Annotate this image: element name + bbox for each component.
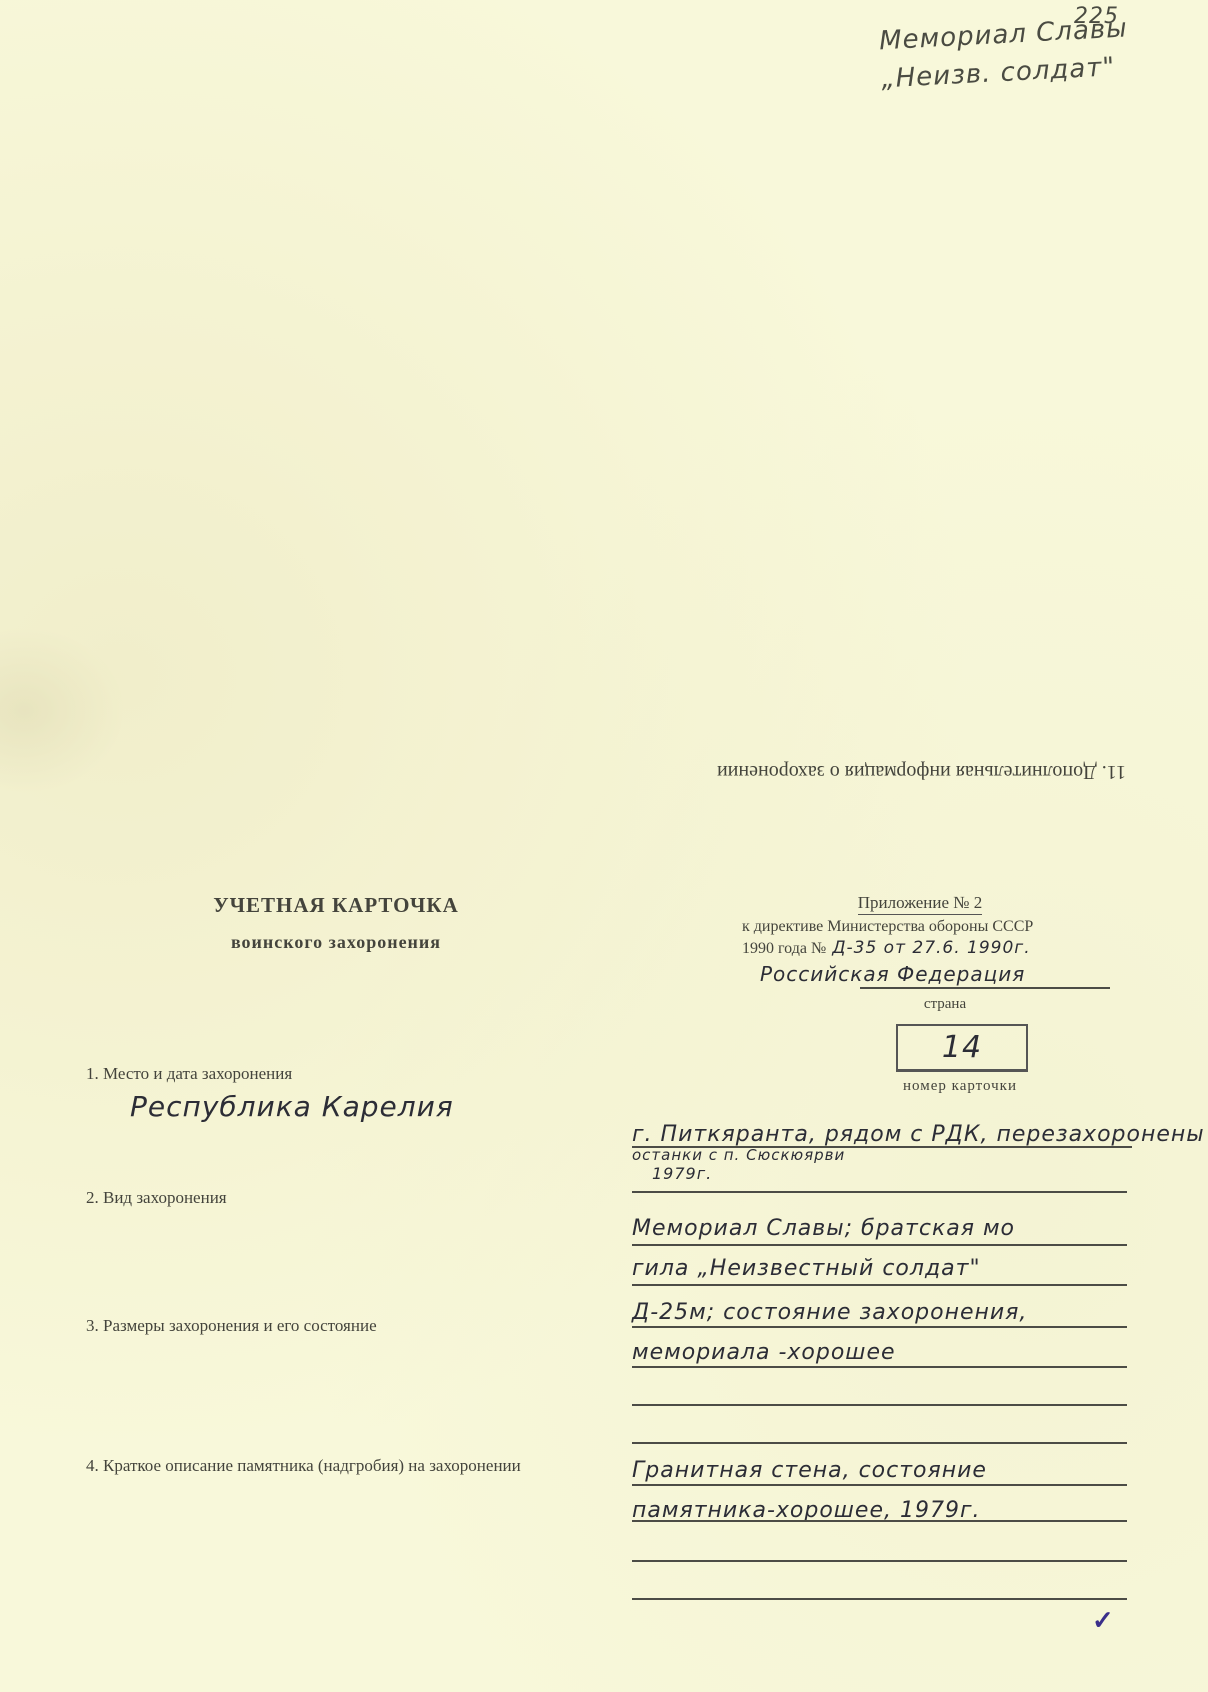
answer-rule-line xyxy=(632,1326,1127,1328)
appendix-title: Приложение № 2 xyxy=(790,893,1050,913)
field-3-answer-line: Д-25м; состояние захоронения, xyxy=(632,1300,1027,1325)
field-2-answer-line: гила „Неизвестный солдат" xyxy=(632,1256,981,1281)
answer-rule-line xyxy=(632,1404,1127,1406)
field-2-answer-line: Мемориал Славы; братская мо xyxy=(632,1216,1015,1241)
card-number-label: номер карточки xyxy=(880,1078,1040,1095)
country-value: Российская Федерация xyxy=(760,962,1025,986)
answer-rule-line xyxy=(632,1366,1127,1368)
answer-rule-line xyxy=(632,1284,1127,1286)
directive-line1: к директиве Министерства обороны СССР xyxy=(742,918,1033,936)
answer-rule-line xyxy=(632,1442,1127,1444)
answer-rule-line xyxy=(632,1146,1132,1148)
checkmark-icon: ✓ xyxy=(1092,1606,1114,1636)
country-underline xyxy=(860,987,1110,989)
archive-number: 225 xyxy=(1074,4,1119,29)
corner-handwritten-note: Мемориал Славы „Неизв. солдат" xyxy=(878,6,1202,99)
answer-rule-line xyxy=(632,1560,1127,1562)
field-4-answer-line: Гранитная стена, состояние xyxy=(632,1458,987,1483)
field-1-answer-line: 1979г. xyxy=(652,1164,712,1183)
field-1-left-value: Республика Карелия xyxy=(130,1090,454,1123)
section-11-additional-info: 11. Дополнительная информация о захороне… xyxy=(606,760,1126,783)
field-1-label: 1. Место и дата захоронения xyxy=(86,1064,292,1084)
card-subtitle: воинского захоронения xyxy=(186,932,486,953)
field-3-answer-line: мемориала -хорошее xyxy=(632,1340,896,1365)
country-label: страна xyxy=(880,996,1010,1013)
field-1-answer-line: останки с п. Сюскюярви xyxy=(632,1146,845,1164)
field-3-label: 3. Размеры захоронения и его состояние xyxy=(86,1316,377,1336)
card-number-value: 14 xyxy=(942,1030,982,1065)
answer-rule-line xyxy=(632,1520,1127,1522)
answer-rule-line xyxy=(632,1484,1127,1486)
answer-rule-line xyxy=(632,1598,1127,1600)
answer-rule-line xyxy=(632,1244,1127,1246)
field-2-label: 2. Вид захоронения xyxy=(86,1188,227,1208)
directive-line2: 1990 года №Д-35 от 27.6. 1990г. xyxy=(742,938,1031,958)
card-number-box: 14 xyxy=(896,1024,1028,1072)
field-4-label: 4. Краткое описание памятника (надгробия… xyxy=(86,1456,586,1476)
directive-number-handwritten: Д-35 от 27.6. 1990г. xyxy=(832,938,1030,958)
answer-rule-line xyxy=(632,1191,1127,1193)
field-1-answer-line: г. Питкяранта, рядом с РДК, перезахороне… xyxy=(632,1122,1205,1147)
card-title: УЧЕТНАЯ КАРТОЧКА xyxy=(186,893,486,918)
